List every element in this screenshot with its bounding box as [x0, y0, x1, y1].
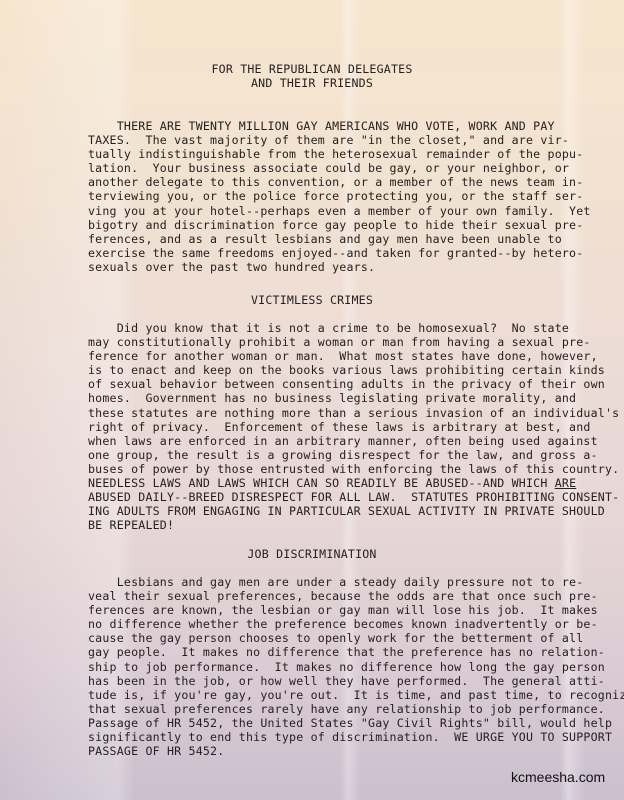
section-heading-victimless-crimes: VICTIMLESS CRIMES — [0, 293, 624, 307]
text-line: tually indistinguishable from the hetero… — [88, 147, 608, 161]
text-line: tude is, if you're gay, you're out. It i… — [88, 688, 608, 702]
text-line: THERE ARE TWENTY MILLION GAY AMERICANS W… — [88, 119, 608, 133]
section-heading-job-discrimination: JOB DISCRIMINATION — [0, 547, 624, 561]
text-line: right of privacy. Enforcement of these l… — [88, 420, 608, 434]
text-line: ABUSED DAILY--BREED DISRESPECT FOR ALL L… — [88, 490, 608, 504]
text-line: Passage of HR 5452, the United States "G… — [88, 716, 608, 730]
job-discrimination-paragraph: Lesbians and gay men are under a steady … — [88, 575, 608, 758]
text-line: ING ADULTS FROM ENGAGING IN PARTICULAR S… — [88, 504, 608, 518]
text-line: has been in the job, or how well they ha… — [88, 674, 608, 688]
text-line: Did you know that it is not a crime to b… — [88, 321, 608, 335]
text-line: no difference whether the preference bec… — [88, 617, 608, 631]
text-line: ving you at your hotel--perhaps even a m… — [88, 204, 608, 218]
victimless-crimes-paragraph: Did you know that it is not a crime to b… — [88, 321, 608, 532]
text-line: when laws are enforced in an arbitrary m… — [88, 434, 608, 448]
document-title-line-2: AND THEIR FRIENDS — [0, 76, 624, 90]
text-line: TAXES. The vast majority of them are "in… — [88, 133, 608, 147]
emphasized-word: ARE — [555, 476, 577, 490]
text-line: may constitutionally prohibit a woman or… — [88, 335, 608, 349]
text-line: veal their sexual preferences, because t… — [88, 589, 608, 603]
text-line: these statutes are nothing more than a s… — [88, 406, 608, 420]
document-title-line-1: FOR THE REPUBLICAN DELEGATES — [0, 62, 624, 76]
text-line: that sexual preferences rarely have any … — [88, 702, 608, 716]
text-line: lation. Your business associate could be… — [88, 161, 608, 175]
text-line: one group, the result is a growing disre… — [88, 448, 608, 462]
text-line: of sexual behavior between consenting ad… — [88, 377, 608, 391]
text-line: Lesbians and gay men are under a steady … — [88, 575, 608, 589]
text-line: homes. Government has no business legisl… — [88, 391, 608, 405]
document-page: FOR THE REPUBLICAN DELEGATES AND THEIR F… — [0, 0, 624, 800]
text-line: ferences, and as a result lesbians and g… — [88, 232, 608, 246]
intro-paragraph: THERE ARE TWENTY MILLION GAY AMERICANS W… — [88, 119, 608, 274]
text-line: buses of power by those entrusted with e… — [88, 462, 608, 476]
text-line: significantly to end this type of discri… — [88, 730, 608, 744]
text-line: ferences are known, the lesbian or gay m… — [88, 603, 608, 617]
text-line: is to enact and keep on the books variou… — [88, 363, 608, 377]
text-line: exercise the same freedoms enjoyed--and … — [88, 246, 608, 260]
text-line: PASSAGE OF HR 5452. — [88, 744, 608, 758]
text-line: sexuals over the past two hundred years. — [88, 260, 608, 274]
text-line: ship to job performance. It makes no dif… — [88, 660, 608, 674]
text-line: BE REPEALED! — [88, 518, 608, 532]
text-line: ference for another woman or man. What m… — [88, 349, 608, 363]
text-line: NEEDLESS LAWS AND LAWS WHICH CAN SO READ… — [88, 476, 608, 490]
text-line: cause the gay person chooses to openly w… — [88, 631, 608, 645]
text-line: terviewing you, or the police force prot… — [88, 189, 608, 203]
text-line: another delegate to this convention, or … — [88, 175, 608, 189]
watermark-text: kcmeesha.com — [511, 769, 605, 785]
text-line: gay people. It makes no difference that … — [88, 645, 608, 659]
text-line: bigotry and discrimination force gay peo… — [88, 218, 608, 232]
